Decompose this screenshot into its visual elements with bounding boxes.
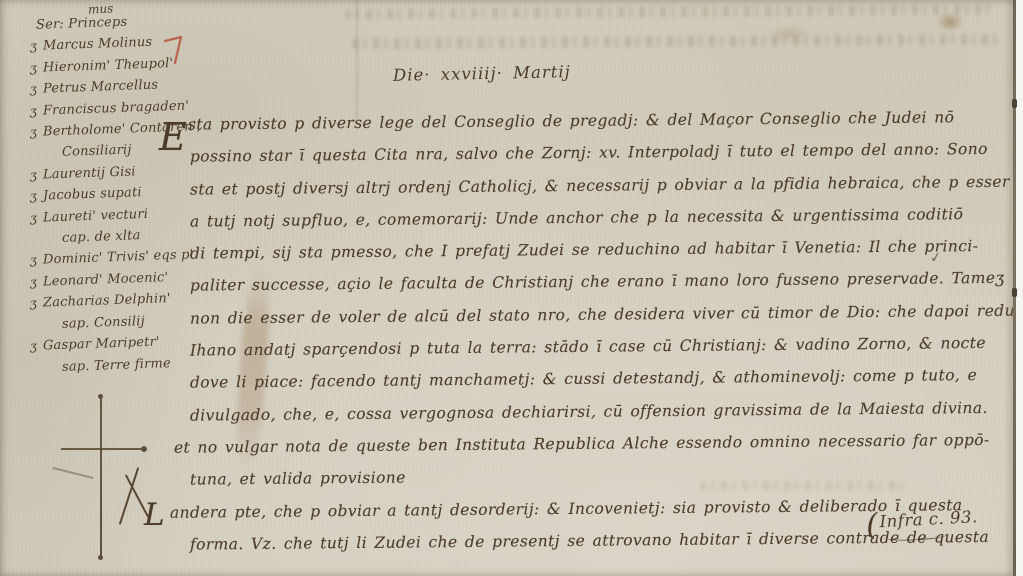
signatory-mark: ʒ bbox=[30, 250, 38, 272]
signatory-mark: ʒ bbox=[30, 336, 38, 358]
paper-edge bbox=[1012, 288, 1017, 297]
signatory-mark: ʒ bbox=[30, 79, 38, 101]
main-text-block: sta provisto p diverse lege del Consegli… bbox=[148, 116, 1020, 568]
signatory-name: Jacobus supati bbox=[43, 185, 142, 203]
x-mark bbox=[52, 467, 93, 479]
signatory-name: Hieronim' Theupol' bbox=[43, 56, 174, 76]
signatory-name: Gaspar Maripetr' bbox=[43, 335, 160, 354]
bleedthrough-text bbox=[352, 34, 1000, 50]
signatory-name: Marcus Molinus bbox=[43, 35, 153, 54]
signatory-mark: ʒ bbox=[30, 293, 38, 315]
signatory-name: Laureti' vecturi bbox=[43, 207, 149, 226]
cross-annotation bbox=[100, 397, 102, 557]
signatory-name: Ser: Princeps bbox=[36, 15, 128, 33]
signatory-mark: ʒ bbox=[30, 165, 38, 187]
paper-edge bbox=[1012, 99, 1017, 108]
signatory-name: Petrus Marcellus bbox=[43, 78, 159, 97]
red-ink-mark bbox=[164, 36, 184, 66]
ink-stain bbox=[768, 26, 812, 41]
cross-annotation bbox=[61, 448, 145, 450]
bleedthrough-text bbox=[345, 5, 995, 20]
folio-reference: (Infra c. 93. bbox=[865, 502, 979, 543]
check-mark: ✓ bbox=[929, 249, 943, 266]
folio-note-text: Infra c. 93. bbox=[879, 507, 978, 531]
folio-paren: ( bbox=[865, 507, 879, 543]
signatory-mark: ʒ bbox=[30, 186, 38, 208]
signatory-mark: ʒ bbox=[30, 122, 38, 144]
signatory-mark: ʒ bbox=[30, 58, 38, 80]
manuscript-page: mus Ser: Princeps ʒMarcus Molinus ʒHiero… bbox=[0, 0, 1023, 576]
signatory-name: Laurentij Gisi bbox=[43, 164, 136, 182]
scan-background bbox=[1016, 0, 1023, 576]
ink-stain bbox=[936, 12, 964, 32]
signatory-mark: ʒ bbox=[30, 36, 38, 58]
signatory-mark: ʒ bbox=[30, 272, 38, 294]
heading-date: Die· xxviiij· Martij bbox=[393, 62, 571, 85]
signatory-mark: ʒ bbox=[30, 100, 38, 122]
fold-crease bbox=[356, 0, 358, 120]
signatory-mark: ʒ bbox=[30, 207, 38, 229]
